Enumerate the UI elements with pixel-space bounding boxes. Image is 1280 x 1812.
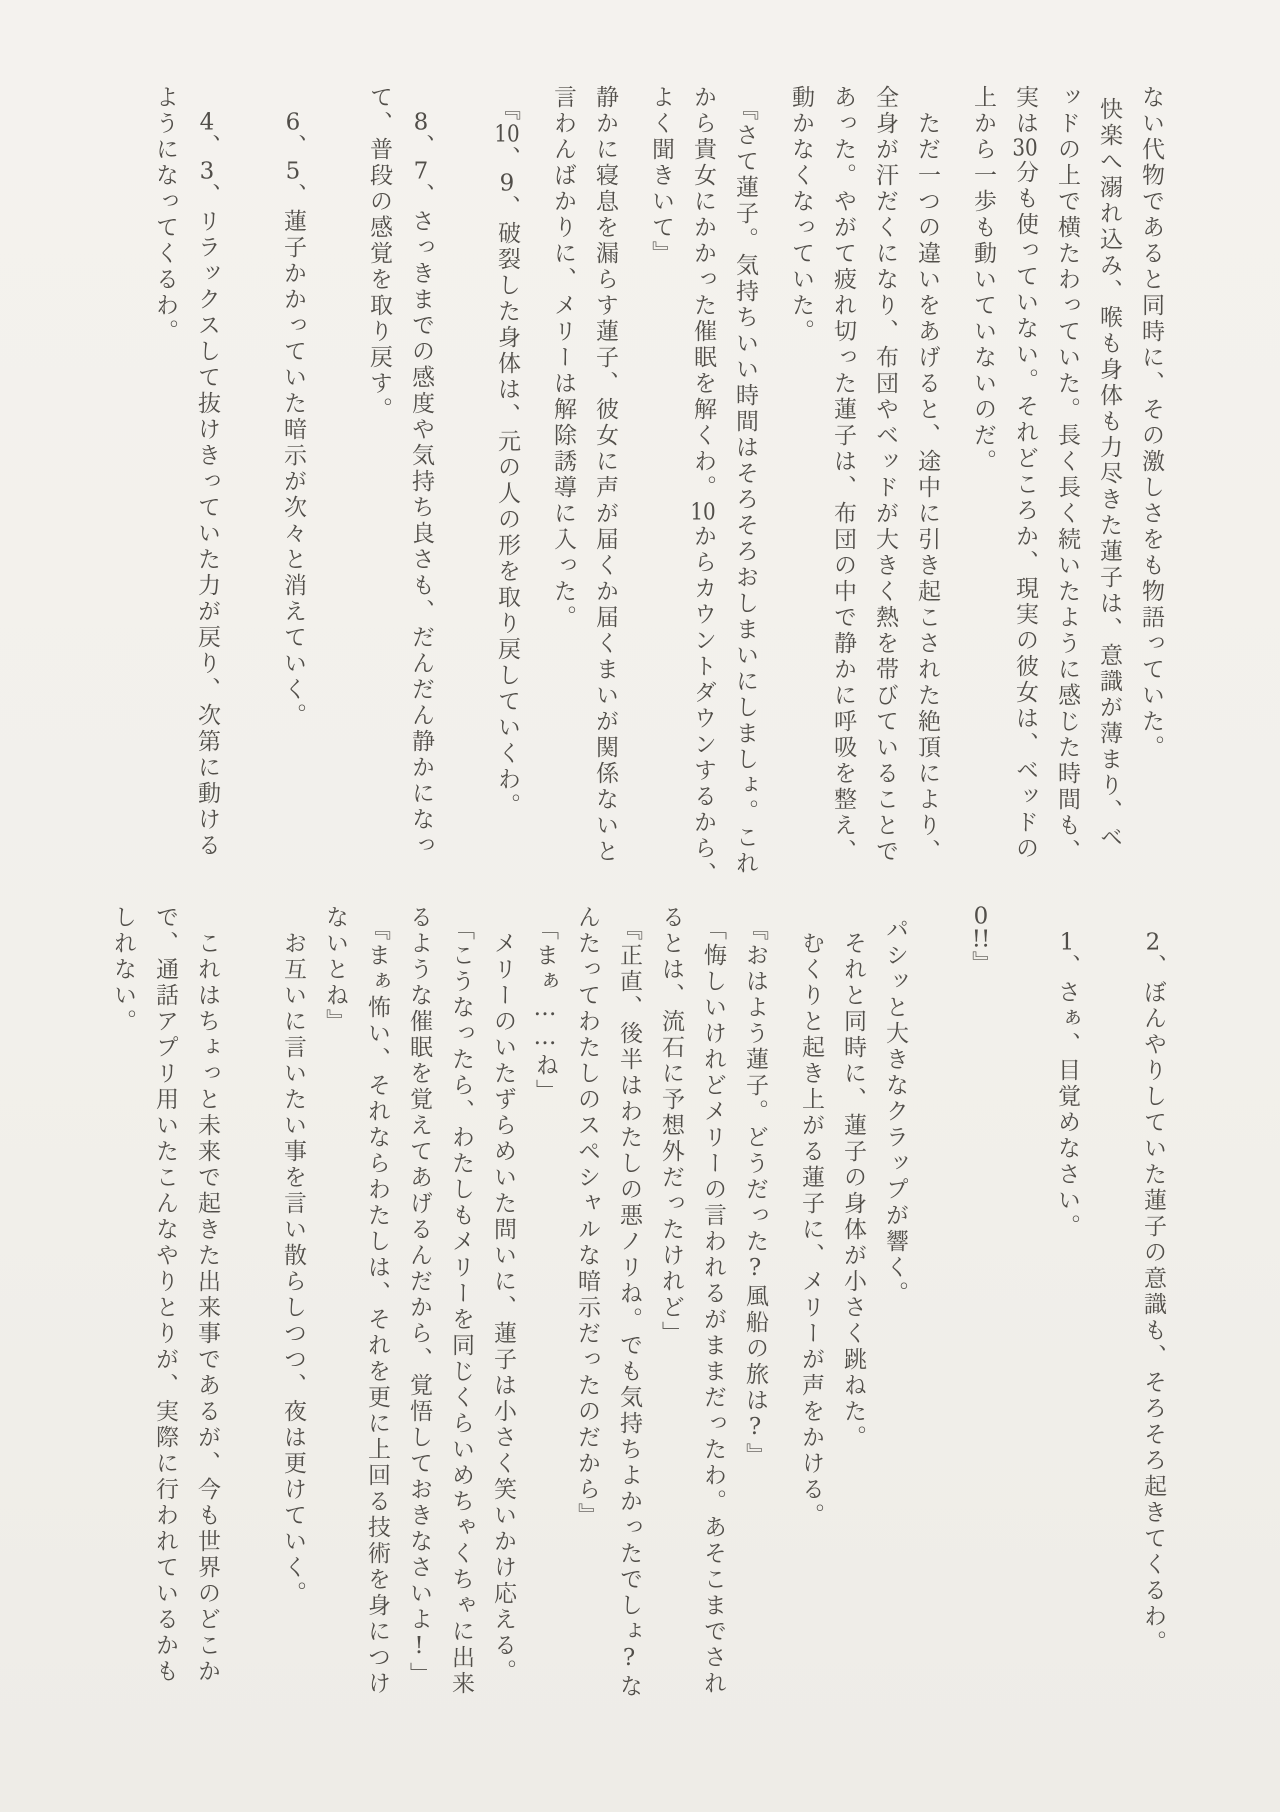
vertical-text-line: 「まぁ……ね」	[524, 905, 566, 1705]
vertical-text-line: から貴女にかかった催眠を解くわ。10からカウントダウンするから、	[682, 85, 724, 880]
vertical-text-line: 動かなくなっていた。	[780, 85, 822, 880]
vertical-text-line: 8、7、さっきまでの感度や気持ち良さも、だんだん静かになっ	[400, 85, 442, 880]
vertical-text-line: 「こうなったら、わたしもメリーを同じくらいめちゃくちゃに出来	[440, 905, 482, 1705]
vertical-text-line: 4、3、リラックスして抜けきっていた力が戻り、次第に動ける	[186, 85, 228, 880]
vertical-text-line: んたってわたしのスペシャルな暗示だったのだから』	[566, 905, 608, 1705]
vertical-text-line: お互いに言いたい事を言い散らしつつ、夜は更けていく。	[272, 905, 314, 1705]
vertical-text-line: 上から一歩も動いていないのだ。	[962, 85, 1004, 880]
vertical-text-line: で、通話アプリ用いたこんなやりとりが、実際に行われているかも	[144, 905, 186, 1705]
vertical-text-line: ただ一つの違いをあげると、途中に引き起こされた絶頂により、	[906, 85, 948, 880]
vertical-text-line: 6、5、蓮子かかっていた暗示が次々と消えていく。	[272, 85, 314, 880]
vertical-text-line: むくりと起き上がる蓮子に、メリーが声をかける。	[790, 905, 832, 1705]
vertical-text-line: 静かに寝息を漏らす蓮子、彼女に声が届くか届くまいが関係ないと	[584, 85, 626, 880]
vertical-text-line: パシッと大きなクラップが響く。	[874, 905, 916, 1705]
vertical-text-line: 実は30分も使っていない。それどころか、現実の彼女は、ベッドの	[1004, 85, 1046, 880]
vertical-text-line: 『10、9、破裂した身体は、元の人の形を取り戻していくわ。	[486, 85, 528, 880]
vertical-text-line: しれない。	[102, 905, 144, 1705]
vertical-text-line: 『さて蓮子。気持ちいい時間はそろそろおしまいにしましょ。これ	[724, 85, 766, 880]
vertical-text-line: 快楽へ溺れ込み、喉も身体も力尽きた蓮子は、意識が薄まり、ベ	[1088, 85, 1130, 880]
vertical-text-line: 言わんばかりに、メリーは解除誘導に入った。	[542, 85, 584, 880]
vertical-text-line: 0!!』	[960, 905, 1002, 1705]
text-block-bottom: 2、ぼんやりしていた蓮子の意識も、そろそろ起きてくるわ。1、さぁ、目覚めなさい。…	[102, 905, 1174, 1705]
vertical-text-line: るとは、流石に予想外だったけれど」	[650, 905, 692, 1705]
vertical-text-line: 1、さぁ、目覚めなさい。	[1046, 905, 1088, 1705]
vertical-text-line: これはちょっと未来で起きた出来事であるが、今も世界のどこか	[186, 905, 228, 1705]
vertical-text-line: ッドの上で横たわっていた。長く長く続いたように感じた時間も、	[1046, 85, 1088, 880]
vertical-text-line: 全身が汗だくになり、布団やベッドが大きく熱を帯びていることで	[864, 85, 906, 880]
vertical-text-line: 「悔しいけれどメリーの言われるがままだったわ。あそこまでされ	[692, 905, 734, 1705]
vertical-text-line: 『正直、後半はわたしの悪ノリね。でも気持ちよかったでしょ?な	[608, 905, 650, 1705]
vertical-text-line: て、普段の感覚を取り戻す。	[358, 85, 400, 880]
vertical-text-line: 『まぁ怖い、それならわたしは、それを更に上回る技術を身につけ	[356, 905, 398, 1705]
vertical-text-line: 2、ぼんやりしていた蓮子の意識も、そろそろ起きてくるわ。	[1132, 905, 1174, 1705]
page-background: ない代物であると同時に、その激しさをも物語っていた。快楽へ溺れ込み、喉も身体も力…	[0, 0, 1280, 1812]
vertical-text-line: ようになってくるわ。	[144, 85, 186, 880]
text-block-top: ない代物であると同時に、その激しさをも物語っていた。快楽へ溺れ込み、喉も身体も力…	[144, 85, 1172, 880]
vertical-text-line: 『おはよう蓮子。どうだった?風船の旅は?』	[734, 905, 776, 1705]
vertical-text-line: よく聞きいて』	[640, 85, 682, 880]
vertical-text-line: あった。やがて疲れ切った蓮子は、布団の中で静かに呼吸を整え、	[822, 85, 864, 880]
vertical-text-line: それと同時に、蓮子の身体が小さく跳ねた。	[832, 905, 874, 1705]
vertical-text-line: るような催眠を覚えてあげるんだから、覚悟しておきなさいよ!」	[398, 905, 440, 1705]
vertical-text-line: ないとね』	[314, 905, 356, 1705]
vertical-text-line: ない代物であると同時に、その激しさをも物語っていた。	[1130, 85, 1172, 880]
vertical-text-line: メリーのいたずらめいた問いに、蓮子は小さく笑いかけ応える。	[482, 905, 524, 1705]
scanned-page: { "page": { "kind": "scanned vertical Ja…	[0, 0, 1280, 1812]
